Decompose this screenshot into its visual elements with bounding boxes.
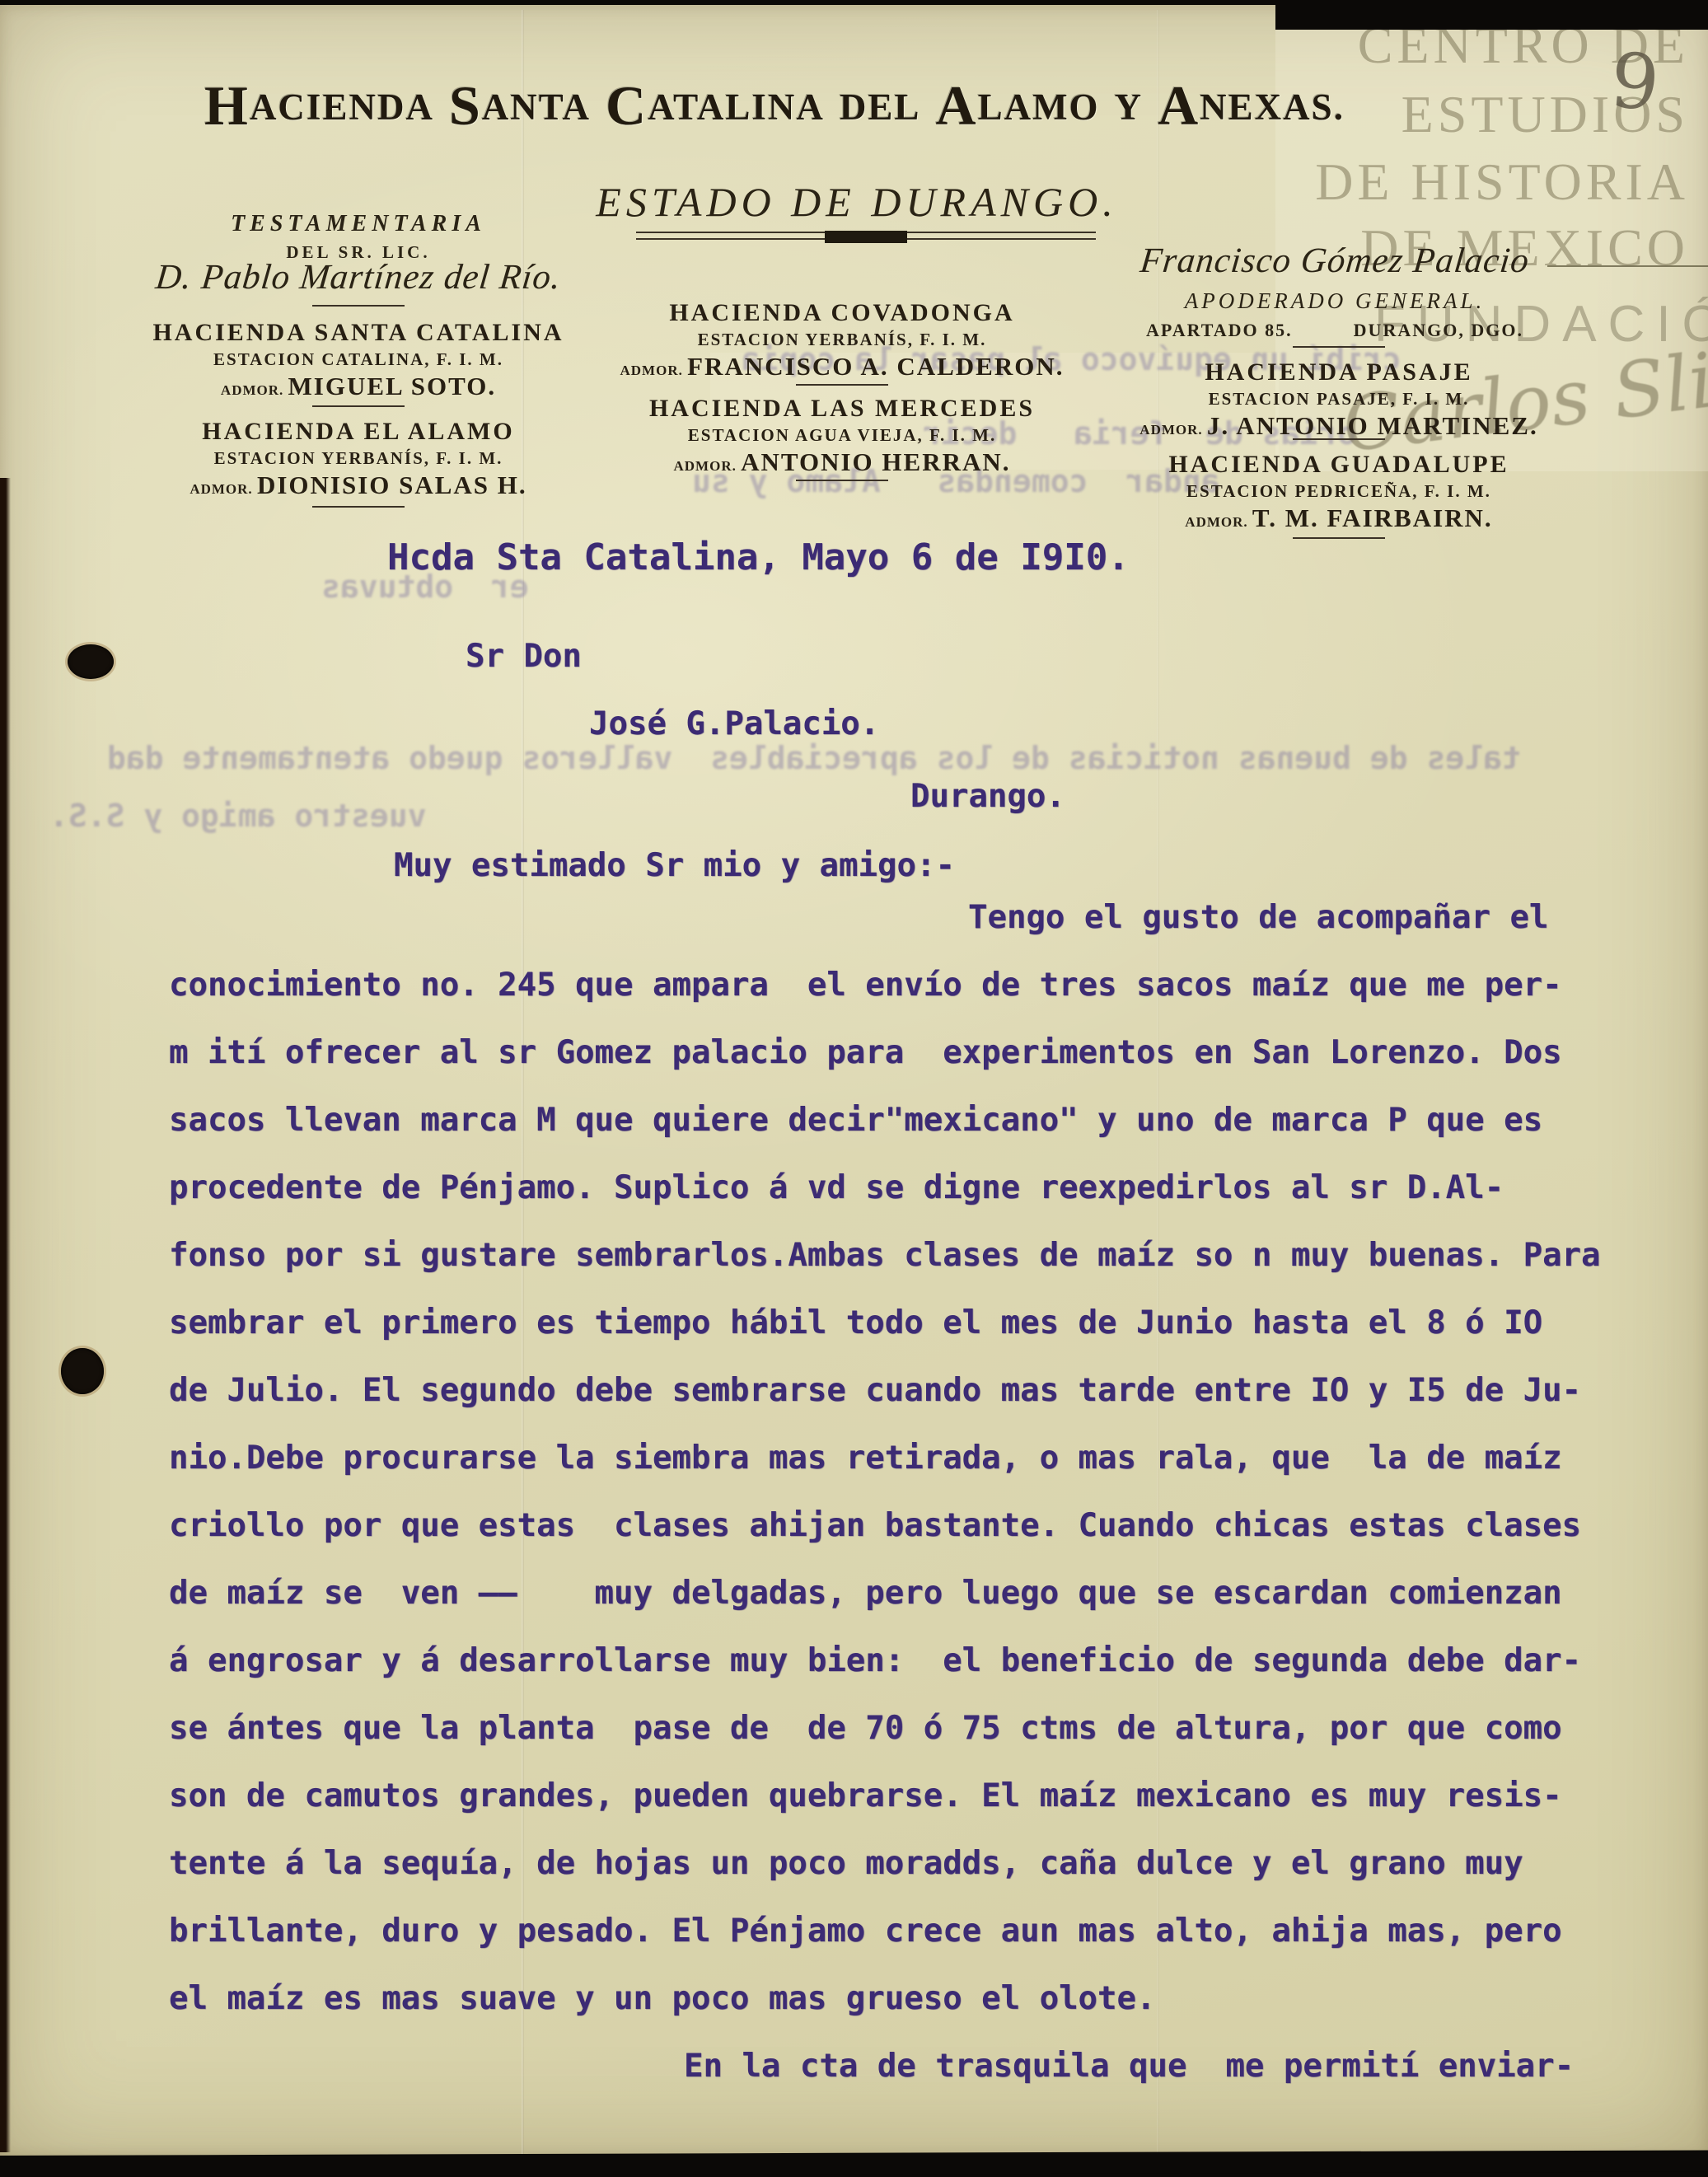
- typed-line: En la cta de trasquila que me permití en…: [684, 2048, 1574, 2085]
- apoderado-general-label: APODERADO GENERAL.: [1185, 288, 1485, 314]
- title-word: DEL: [840, 79, 921, 135]
- letterhead-divider: [312, 305, 405, 307]
- hacienda-block: HACIENDA LAS MERCEDESESTACION AGUA VIEJA…: [649, 396, 1035, 481]
- hacienda-station: ESTACION PASAJE, F. I. M.: [1139, 386, 1537, 412]
- typed-line: de Julio. El segundo debe sembrarse cuan…: [169, 1372, 1581, 1409]
- title-word: CATALINA: [606, 77, 825, 135]
- admor-name: MIGUEL SOTO.: [288, 372, 497, 400]
- hacienda-name: HACIENDA SANTA CATALINA: [152, 320, 564, 346]
- hacienda-admor-line: ADMOR. DIONISIO SALAS H.: [190, 471, 526, 504]
- typed-line: Sr Don: [466, 638, 582, 675]
- admor-label: ADMOR.: [1185, 514, 1252, 530]
- hacienda-name: HACIENDA LAS MERCEDES: [649, 396, 1035, 422]
- typed-line: tente á la sequía, de hojas un poco mora…: [169, 1845, 1523, 1882]
- typed-line: Muy estimado Sr mio y amigo:-: [394, 847, 955, 884]
- hacienda-admor-line: ADMOR. T. M. FAIRBAIRN.: [1168, 504, 1509, 537]
- watermark-line: DE HISTORIA: [1261, 152, 1689, 213]
- letterhead-subtitle: ESTADO DE DURANGO.: [577, 178, 1137, 226]
- hacienda-admor-line: ADMOR. MIGUEL SOTO.: [152, 372, 564, 405]
- admor-label: ADMOR.: [190, 481, 257, 497]
- letterhead-divider: [312, 405, 405, 407]
- typed-line: m ití ofrecer al sr Gomez palacio para e…: [169, 1034, 1562, 1071]
- hacienda-block: HACIENDA GUADALUPEESTACION PEDRICEÑA, F.…: [1168, 452, 1509, 537]
- letterhead-divider: [1293, 346, 1385, 348]
- bleed-through-line: tales de buenas noticias de los apreciab…: [107, 740, 1521, 776]
- letterhead-divider: [312, 506, 405, 508]
- bleed-through-line: vuestro amigo y S.S.: [49, 798, 427, 834]
- hacienda-name: HACIENDA EL ALAMO: [190, 419, 526, 445]
- typed-line: brillante, duro y pesado. El Pénjamo cre…: [169, 1912, 1562, 1950]
- hacienda-block: HACIENDA PASAJEESTACION PASAJE, F. I. M.…: [1139, 359, 1537, 445]
- hacienda-admor-line: ADMOR. ANTONIO HERRAN.: [649, 448, 1035, 481]
- apartado-city-row: APARTADO 85.DURANGO, DGO.: [1146, 320, 1523, 341]
- letterhead-title: HACIENDASANTACATALINADELALAMOYANEXAS.: [140, 77, 1409, 135]
- scan-edge-bottom: [0, 2150, 1708, 2177]
- admor-name: ANTONIO HERRAN.: [741, 447, 1010, 476]
- admor-name: DIONISIO SALAS H.: [257, 471, 527, 499]
- scan-corner-black: [1275, 0, 1708, 30]
- letter-page: cribí un equívoco al pasar la copiaorias…: [0, 5, 1708, 2157]
- typed-line: son de camutos grandes, pueden quebrarse…: [169, 1777, 1562, 1814]
- title-word: ANEXAS.: [1158, 77, 1345, 135]
- letterhead-divider: [1293, 537, 1385, 539]
- typed-line: sacos llevan marca M que quiere decir"me…: [169, 1102, 1542, 1139]
- punch-hole-bottom: [61, 1348, 104, 1394]
- admor-label: ADMOR.: [673, 458, 741, 474]
- letterhead-divider: [796, 384, 888, 386]
- typed-line: el maíz es mas suave y un poco mas grues…: [169, 1980, 1155, 2017]
- typed-line: José G.Palacio.: [589, 705, 879, 742]
- admor-name: T. M. FAIRBAIRN.: [1252, 503, 1493, 532]
- typed-line: fonso por si gustare sembrarlos.Ambas cl…: [169, 1237, 1601, 1274]
- hacienda-admor-line: ADMOR. J. ANTONIO MARTINEZ.: [1139, 412, 1537, 445]
- hacienda-station: ESTACION AGUA VIEJA, F. I. M.: [649, 422, 1035, 448]
- hacienda-station: ESTACION PEDRICEÑA, F. I. M.: [1168, 478, 1509, 504]
- typed-line: de maíz se ven —— muy delgadas, pero lue…: [169, 1575, 1562, 1612]
- punch-hole-top: [68, 644, 114, 679]
- admor-name: FRANCISCO A. CALDERON.: [687, 352, 1064, 381]
- typed-line: nio.Debe procurarse la siembra mas retir…: [169, 1440, 1562, 1477]
- hacienda-block: HACIENDA COVADONGAESTACION YERBANÍS, F. …: [620, 300, 1065, 386]
- hacienda-block: HACIENDA EL ALAMOESTACION YERBANÍS, F. I…: [190, 419, 526, 504]
- typed-line: Tengo el gusto de acompañar el: [968, 899, 1548, 936]
- title-word: Y: [1115, 79, 1144, 135]
- letterhead-divider: [796, 480, 888, 481]
- pablo-martinez-script-name: D. Pablo Martínez del Río.: [154, 257, 564, 297]
- handwritten-page-number: 9: [1607, 36, 1663, 129]
- apartado-label: APARTADO 85.: [1146, 320, 1293, 340]
- hacienda-name: HACIENDA COVADONGA: [620, 300, 1065, 326]
- hacienda-station: ESTACION CATALINA, F. I. M.: [152, 346, 564, 372]
- title-word: HACIENDA: [204, 77, 434, 135]
- hacienda-block: HACIENDA SANTA CATALINAESTACION CATALINA…: [152, 320, 564, 405]
- typed-line: Durango.: [910, 778, 1065, 815]
- hacienda-name: HACIENDA GUADALUPE: [1168, 452, 1509, 478]
- hacienda-station: ESTACION YERBANÍS, F. I. M.: [620, 326, 1065, 353]
- francisco-gomez-script-name: Francisco Gómez Palacio: [1138, 241, 1531, 281]
- letterhead-right-rule: [1547, 265, 1708, 267]
- scanned-letter-canvas: cribí un equívoco al pasar la copiaorias…: [0, 0, 1708, 2177]
- letterhead-divider: [1293, 438, 1385, 440]
- testamentaria-label: TESTAMENTARIA: [231, 211, 486, 237]
- typed-line: sembrar el primero es tiempo hábil todo …: [169, 1304, 1542, 1341]
- typed-line: procedente de Pénjamo. Suplico á vd se d…: [169, 1169, 1504, 1206]
- typed-line: criollo por que estas clases ahijan bast…: [169, 1507, 1581, 1544]
- admor-name: J. ANTONIO MARTINEZ.: [1207, 411, 1538, 440]
- typed-line: á engrosar y á desarrollarse muy bien: e…: [169, 1642, 1581, 1679]
- scan-edge-left: [0, 478, 11, 2152]
- title-word: ALAMO: [935, 77, 1099, 135]
- admor-label: ADMOR.: [1139, 422, 1207, 438]
- admor-label: ADMOR.: [620, 363, 688, 378]
- letterhead-ornament-rule: [636, 229, 1096, 246]
- rule-center-block: [825, 231, 907, 243]
- typed-line: se ántes que la planta pase de de 70 ó 7…: [169, 1710, 1562, 1747]
- title-word: SANTA: [449, 77, 591, 135]
- hacienda-station: ESTACION YERBANÍS, F. I. M.: [190, 445, 526, 471]
- durango-dgo-label: DURANGO, DGO.: [1354, 320, 1523, 340]
- hacienda-admor-line: ADMOR. FRANCISCO A. CALDERON.: [620, 353, 1065, 386]
- typed-line: conocimiento no. 245 que ampara el envío…: [169, 967, 1562, 1004]
- admor-label: ADMOR.: [221, 382, 288, 398]
- typed-line: Hcda Sta Catalina, Mayo 6 de I9I0.: [387, 536, 1130, 578]
- hacienda-name: HACIENDA PASAJE: [1139, 359, 1537, 386]
